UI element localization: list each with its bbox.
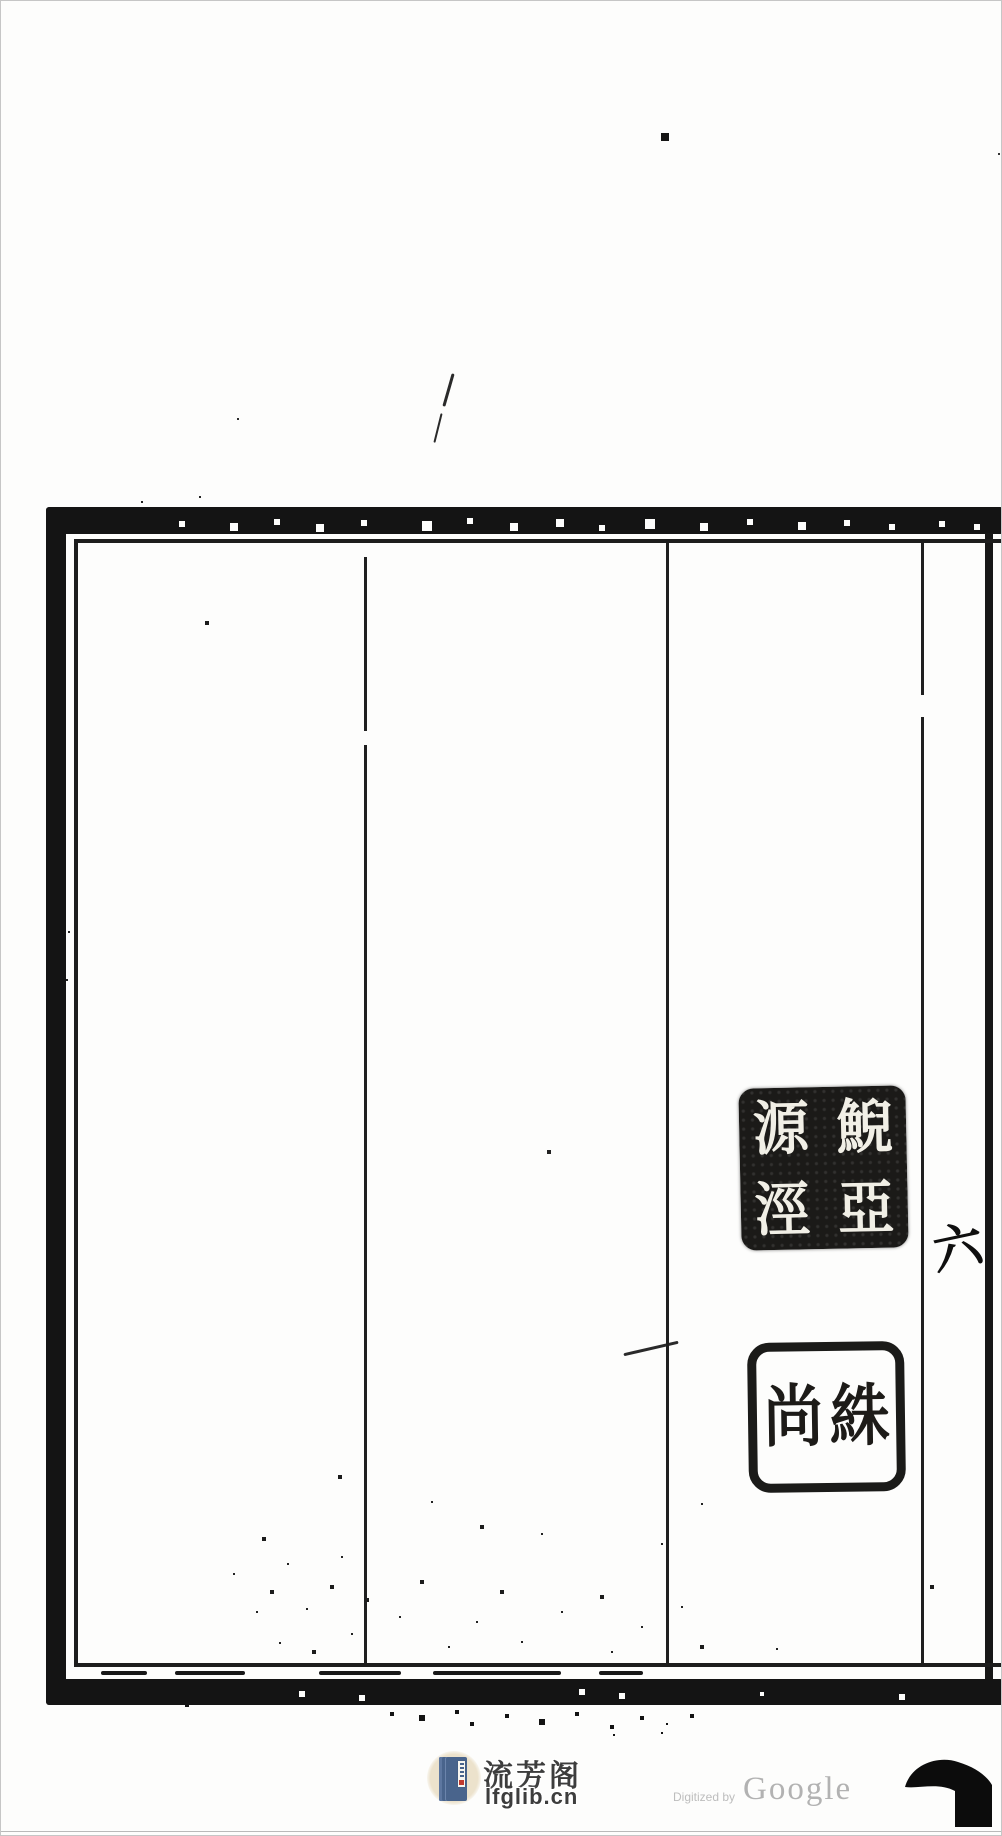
frame-inner-left-rule (74, 539, 78, 1667)
frame-top-border (46, 507, 1002, 534)
seal-character: 絑 (829, 1383, 890, 1451)
bottom-rule-dash (101, 1671, 147, 1675)
border-wear-texture (1, 1, 3, 3)
seal-character: 源 (752, 1098, 809, 1158)
scratch-mark-upper-tail (433, 413, 442, 443)
frame-inner-bottom-rule (74, 1663, 1002, 1667)
bottom-rule-dash (599, 1671, 643, 1675)
seal-character: 亞 (837, 1178, 894, 1238)
bottom-rule-dash (319, 1671, 401, 1675)
collector-seal-lower: 尚 絑 (747, 1341, 906, 1493)
bottom-rule-dash (175, 1671, 245, 1675)
column-rule-1 (364, 557, 367, 731)
collector-seal-upper: 源 鯢 涇 亞 (738, 1085, 908, 1250)
book-label-text-lines (460, 1763, 464, 1777)
seal-character: 尚 (763, 1383, 824, 1451)
column-rule-3 (921, 543, 924, 695)
book-label-seal-dot (459, 1780, 464, 1785)
frame-right-rule (985, 533, 993, 1679)
column-rule-3b (921, 717, 924, 1663)
book-title-label (458, 1761, 465, 1787)
column-rule-2 (666, 543, 669, 1663)
watermark-library-domain: lfglib.cn (485, 1784, 578, 1810)
frame-left-border (46, 507, 66, 1705)
frame-bottom-border (46, 1679, 1002, 1705)
scanned-page: 源 鯢 涇 亞 尚 絑 六 流芳阁 lfglib.cn Digitized by… (0, 0, 1002, 1836)
column-rule-1b (364, 745, 367, 1663)
frame-inner-top-rule (74, 539, 1002, 543)
seal-character: 鯢 (836, 1097, 893, 1157)
scratch-mark-upper (442, 373, 454, 407)
digitized-by-label: Digitized by (673, 1790, 735, 1804)
scratch-mark-lower (623, 1341, 678, 1357)
page-number: 六 (930, 1218, 986, 1278)
bottom-rule-dash (433, 1671, 561, 1675)
corner-ink-blot (891, 1749, 1002, 1835)
scan-edge-line (1, 1831, 1002, 1832)
seal-character: 涇 (754, 1179, 811, 1239)
google-logo: Google (743, 1771, 852, 1808)
